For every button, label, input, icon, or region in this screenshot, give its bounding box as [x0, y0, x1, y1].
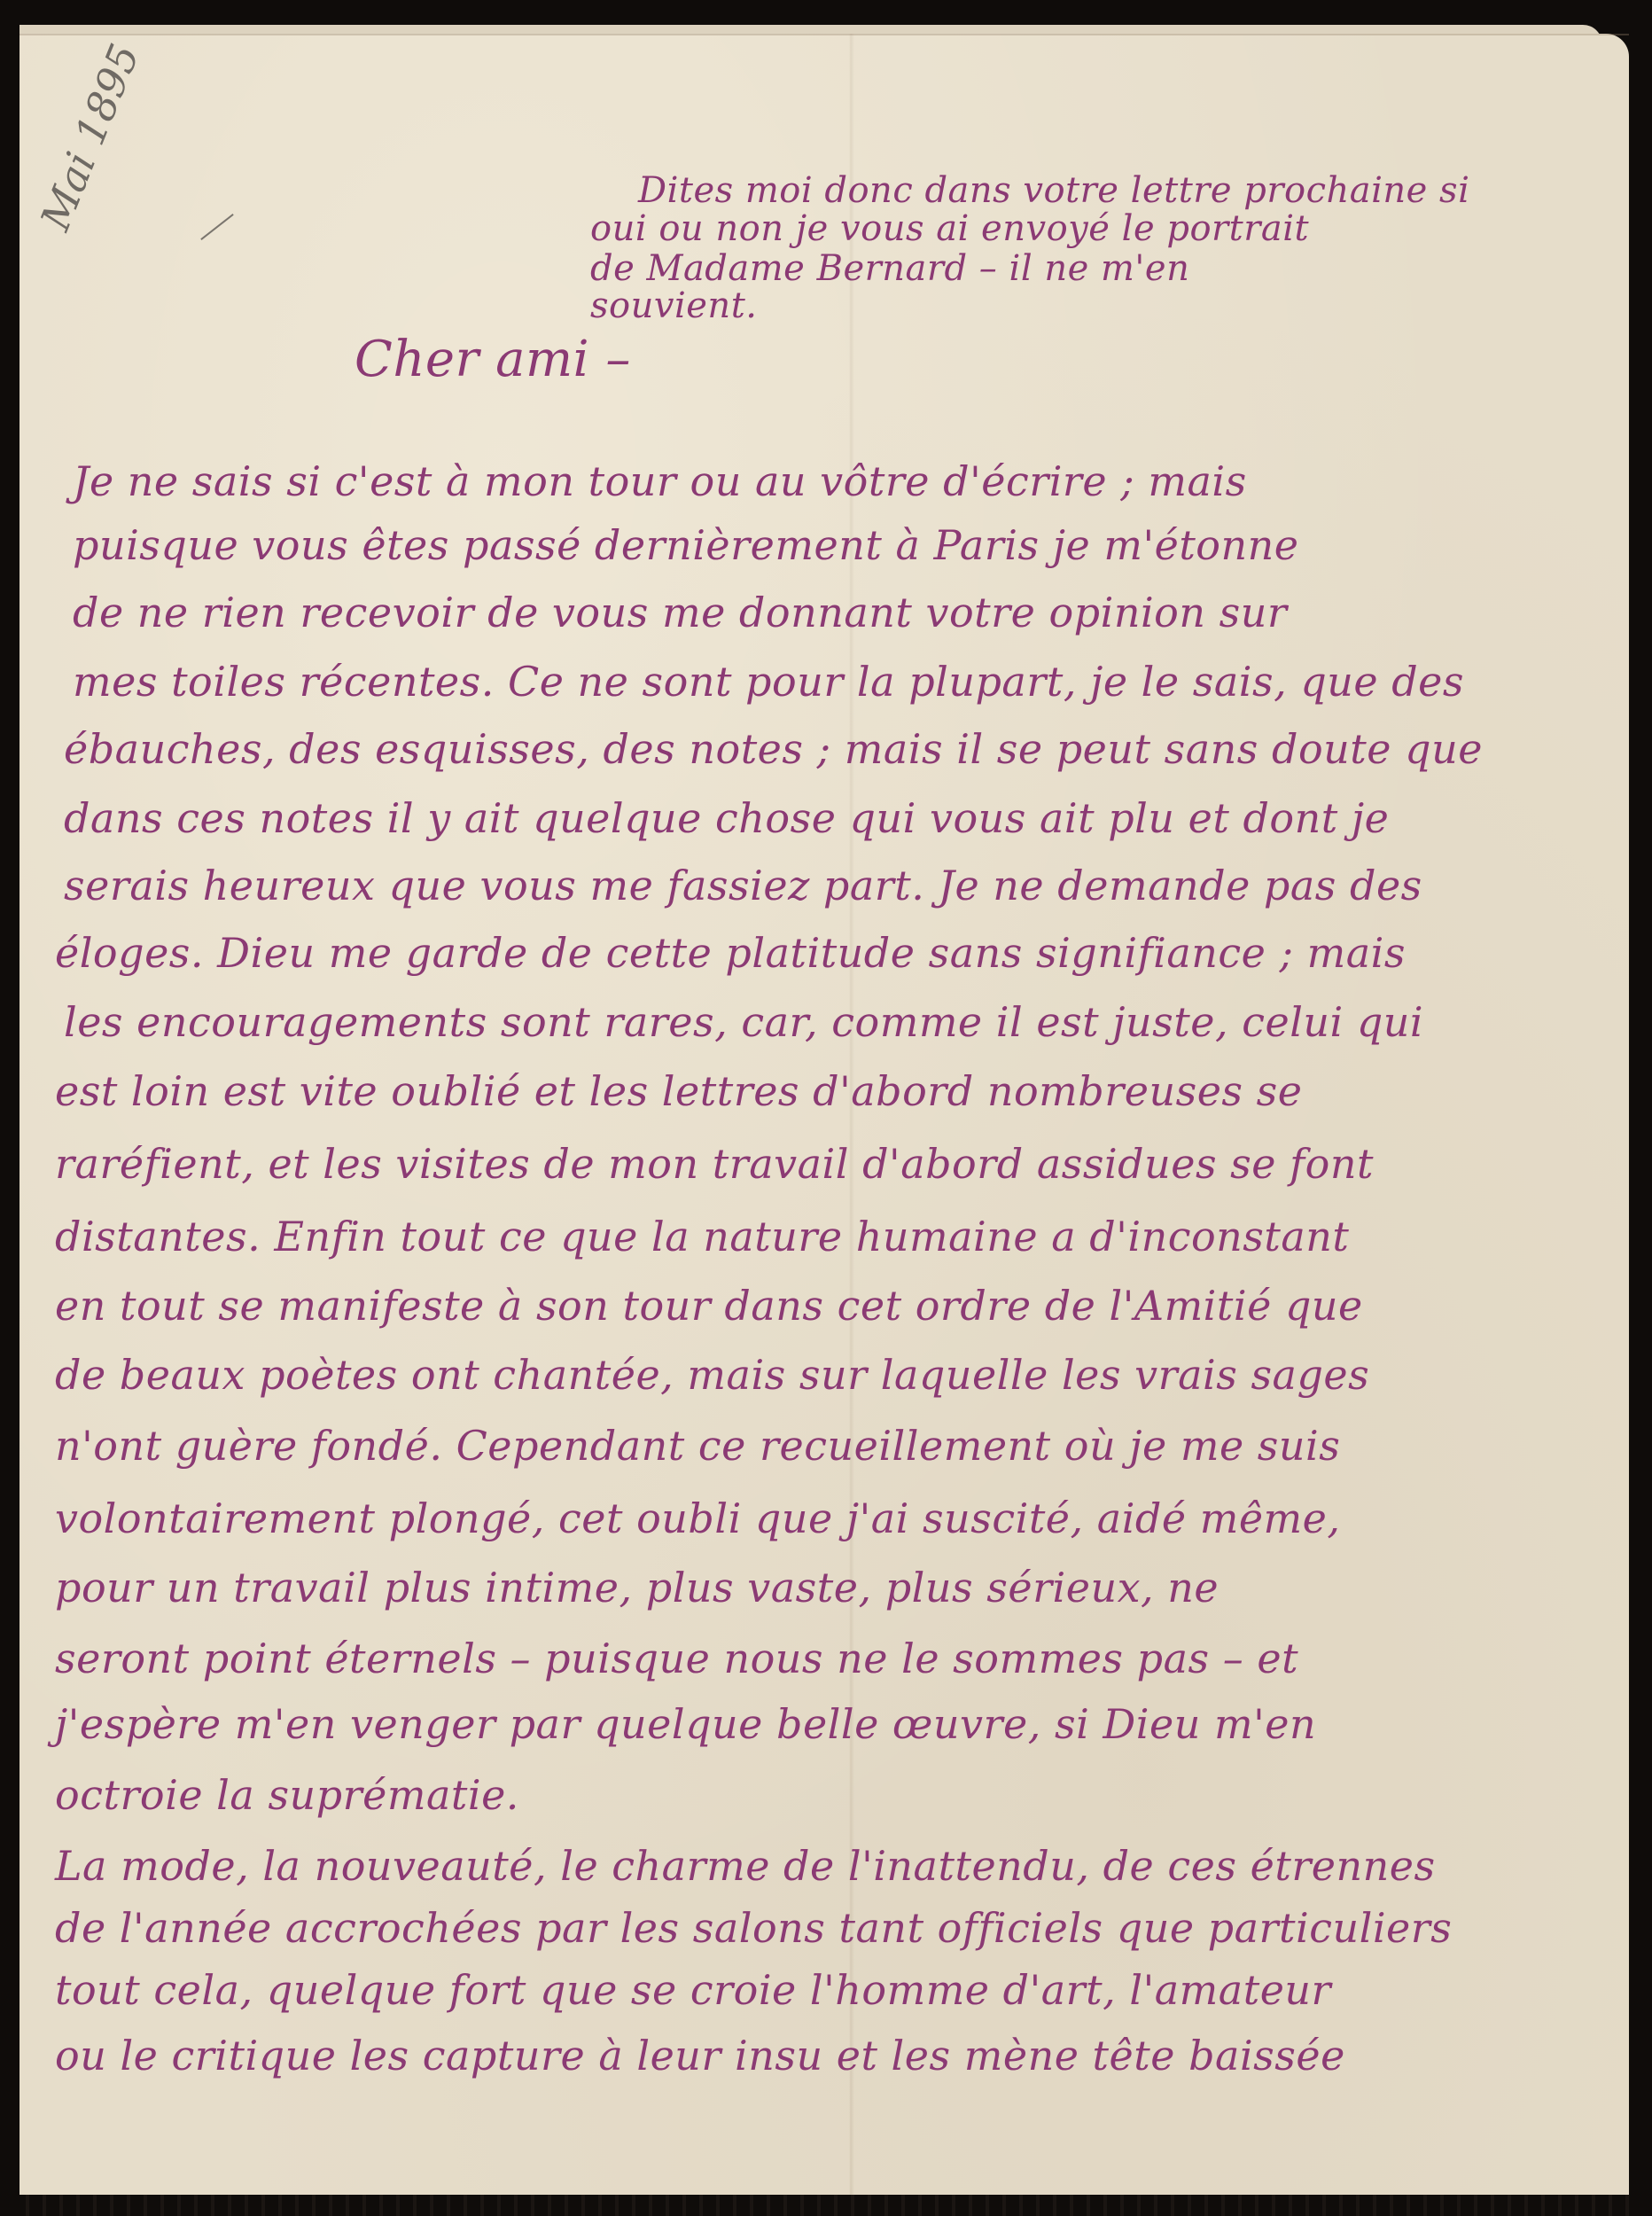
body-line: de beaux poètes ont chantée, mais sur la…	[55, 1354, 1369, 1395]
document-viewer: Mai 1895 Dites moi donc dans votre lettr…	[0, 0, 1652, 2216]
body-line: tout cela, quelque fort que se croie l'h…	[55, 1970, 1331, 2010]
body-line: distantes. Enfin tout ce que la nature h…	[55, 1216, 1349, 1257]
torn-bottom-edge	[19, 2195, 1629, 2216]
body-line: puisque vous êtes passé dernièrement à P…	[73, 525, 1298, 566]
postscript-line: oui ou non je vous ai envoyé le portrait	[590, 211, 1309, 246]
body-line: éloges. Dieu me garde de cette platitude…	[55, 932, 1406, 973]
body-line: est loin est vite oublié et les lettres …	[55, 1071, 1302, 1112]
salutation: Cher ami –	[355, 335, 631, 385]
body-line: mes toiles récentes. Ce ne sont pour la …	[73, 661, 1464, 702]
postscript-line: de Madame Bernard – il ne m'en	[590, 251, 1189, 286]
body-line: raréfient, et les visites de mon travail…	[55, 1143, 1374, 1184]
body-line: de l'année accrochées par les salons tan…	[55, 1908, 1452, 1948]
postscript-line: souvient.	[590, 288, 757, 324]
body-line: Je ne sais si c'est à mon tour ou au vôt…	[73, 461, 1247, 502]
body-line: serais heureux que vous me fassiez part.…	[64, 865, 1422, 906]
body-line: ébauches, des esquisses, des notes ; mai…	[64, 729, 1483, 769]
body-line: volontairement plongé, cet oubli que j'a…	[55, 1498, 1341, 1539]
body-line: pour un travail plus intime, plus vaste,…	[55, 1567, 1219, 1608]
body-line: octroie la suprématie.	[55, 1775, 519, 1815]
body-line: dans ces notes il y ait quelque chose qu…	[64, 798, 1389, 839]
body-line: seront point éternels – puisque nous ne …	[55, 1638, 1298, 1679]
postscript-line: Dites moi donc dans votre lettre prochai…	[638, 173, 1469, 208]
body-line: j'espère m'en venger par quelque belle œ…	[55, 1704, 1316, 1744]
body-line: en tout se manifeste à son tour dans cet…	[55, 1285, 1363, 1326]
body-line: les encouragements sont rares, car, comm…	[64, 1002, 1423, 1042]
body-line: ou le critique les capture à leur insu e…	[55, 2035, 1345, 2076]
body-line: La mode, la nouveauté, le charme de l'in…	[55, 1845, 1436, 1886]
body-line: de ne rien recevoir de vous me donnant v…	[73, 592, 1287, 633]
body-line: n'ont guère fondé. Cependant ce recueill…	[55, 1425, 1340, 1466]
